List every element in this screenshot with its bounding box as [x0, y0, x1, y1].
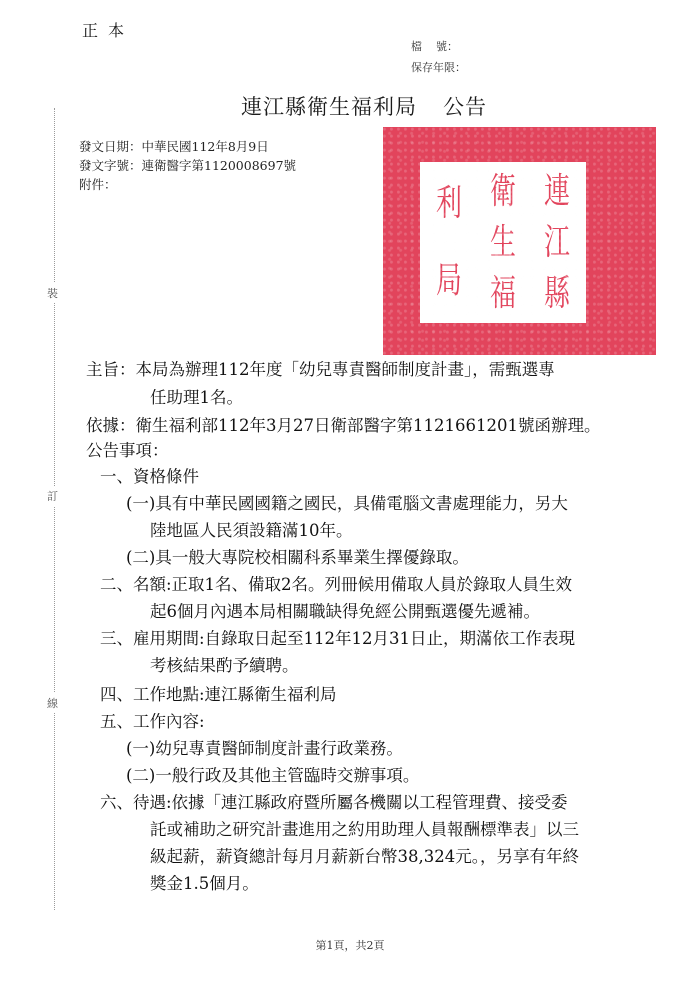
- seal-glyph: 連: [544, 174, 570, 210]
- seal-glyph: 利: [436, 186, 462, 222]
- attachment: 附件：: [79, 175, 117, 193]
- official-seal-stamp: 連 江 縣 衛 生 福 利 局: [383, 127, 656, 355]
- retention-period-field: 保存年限：: [411, 59, 466, 75]
- seal-inner-field: 連 江 縣 衛 生 福 利 局: [420, 162, 586, 323]
- seal-column-1: 連 江 縣: [539, 166, 575, 319]
- seal-glyph: 生: [490, 225, 516, 261]
- basis-line: 依據：衛生福利部112年3月27日衛部醫字第1121661201號函辦理。: [86, 412, 600, 436]
- item-4: 四、工作地點:連江縣衛生福利局: [100, 681, 337, 705]
- item-3-line-2: 考核結果酌予續聘。: [150, 652, 299, 676]
- subject-line-1: 主旨：本局為辦理112年度「幼兒專責醫師制度計畫」，需甄選專: [86, 356, 555, 380]
- item-6-line-2: 託或補助之研究計畫進用之約用助理人員報酬標準表」以三: [150, 816, 579, 840]
- item-5-heading: 五、工作內容:: [100, 708, 205, 732]
- copy-label: 正本: [82, 18, 134, 41]
- title-agency: 連江縣衛生福利局: [241, 95, 417, 119]
- issue-date: 發文日期：中華民國112年8月9日: [79, 137, 269, 155]
- item-1-sub-1-line-2: 陸地區人民須設籍滿10年。: [150, 517, 353, 541]
- item-2-line-1: 二、名額:正取1名、備取2名。列冊候用備取人員於錄取人員生效: [100, 571, 572, 595]
- announcement-items-heading: 公告事項：: [86, 437, 169, 461]
- item-6-line-3: 級起薪，薪資總計每月月薪新台幣38,324元。，另享有年終: [150, 843, 579, 867]
- item-6-line-1: 六、待遇:依據「連江縣政府暨所屬各機關以工程管理費、接受委: [100, 789, 568, 813]
- seal-glyph: 江: [544, 225, 570, 261]
- item-2-line-2: 起6個月內遇本局相關職缺得免經公開甄選優先遞補。: [150, 598, 540, 622]
- item-1-sub-1-line-1: (一)具有中華民國國籍之國民，具備電腦文書處理能力，另大: [126, 490, 568, 514]
- item-6-line-4: 獎金1.5個月。: [150, 870, 259, 894]
- seal-glyph: 福: [490, 276, 516, 312]
- seal-glyph: 衛: [490, 174, 516, 210]
- binding-mark-xian: 線: [47, 693, 58, 713]
- item-5-sub-2: (二)一般行政及其他主管臨時交辦事項。: [126, 762, 419, 786]
- item-1-heading: 一、資格條件: [100, 463, 199, 487]
- item-1-sub-2: (二)具一般大專院校相關科系畢業生擇優錄取。: [126, 544, 469, 568]
- seal-glyph: 局: [436, 263, 462, 299]
- binding-line: [54, 108, 55, 910]
- issue-number: 發文字號：連衛醫字第1120008697號: [79, 156, 296, 174]
- document-title: 連江縣衛生福利局公告: [0, 91, 700, 121]
- binding-mark-zhuang: 裝: [47, 283, 58, 303]
- file-number-field: 檔號：: [411, 38, 458, 54]
- item-3-line-1: 三、雇用期間:自錄取日起至112年12月31日止，期滿依工作表現: [100, 625, 575, 649]
- binding-mark-ding: 訂: [47, 486, 58, 506]
- item-5-sub-1: (一)幼兒專責醫師制度計畫行政業務。: [126, 735, 403, 759]
- seal-column-2: 衛 生 福: [485, 166, 521, 319]
- subject-line-2: 任助理1名。: [150, 384, 243, 408]
- title-type: 公告: [443, 95, 487, 119]
- file-number-key2: 號：: [436, 40, 458, 53]
- seal-glyph: 縣: [544, 276, 570, 312]
- file-number-key: 檔: [411, 40, 436, 53]
- seal-column-3: 利 局: [431, 166, 467, 319]
- page-footer: 第1頁，共2頁: [0, 937, 700, 953]
